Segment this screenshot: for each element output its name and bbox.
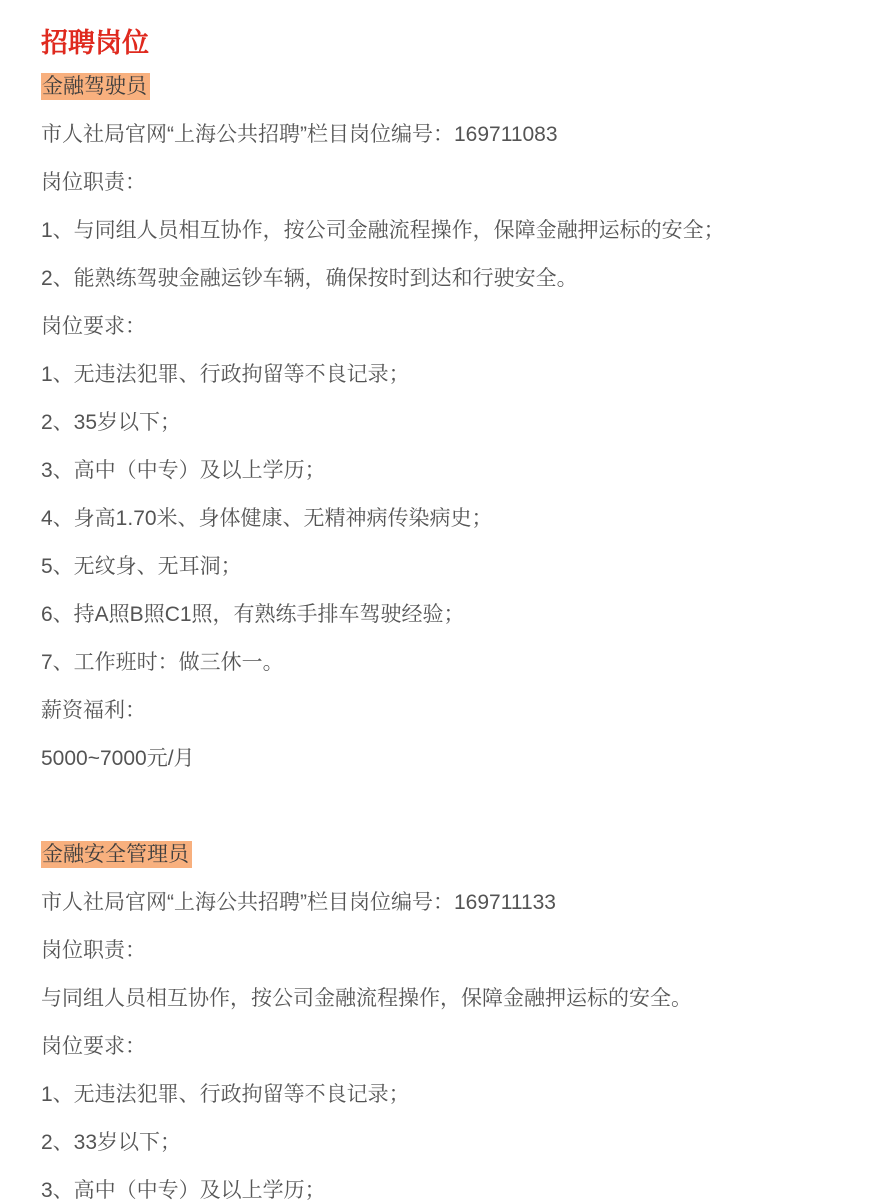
job-name-highlight: 金融安全管理员 xyxy=(41,841,192,868)
job-posting-document: { "page": { "title": "招聘岗位", "colors": {… xyxy=(0,0,896,1200)
list-item: 与同组人员相互协作，按公司金融流程操作，保障金融押运标的安全。 xyxy=(41,987,856,1010)
list-item: 7、工作班时：做三休一。 xyxy=(41,651,856,674)
section-heading-requirements: 岗位要求： xyxy=(41,315,856,338)
list-item: 2、33岁以下； xyxy=(41,1131,856,1154)
list-item: 1、无违法犯罪、行政拘留等不良记录； xyxy=(41,363,856,386)
list-item: 2、35岁以下； xyxy=(41,411,856,434)
job-name-highlight: 金融驾驶员 xyxy=(41,73,150,100)
section-heading-responsibilities: 岗位职责： xyxy=(41,939,856,962)
list-item: 5、无纹身、无耳洞； xyxy=(41,555,856,578)
job-name-row: 金融安全管理员 xyxy=(41,843,856,866)
section-heading-requirements: 岗位要求： xyxy=(41,1035,856,1058)
blank-line xyxy=(41,795,856,818)
salary-value: 5000~7000元/月 xyxy=(41,747,856,770)
job-name-row: 金融驾驶员 xyxy=(41,75,856,98)
page-title: 招聘岗位 xyxy=(41,28,856,58)
section-heading-responsibilities: 岗位职责： xyxy=(41,171,856,194)
job-code-line: 市人社局官网“上海公共招聘”栏目岗位编号：169711133 xyxy=(41,891,856,914)
list-item: 1、无违法犯罪、行政拘留等不良记录； xyxy=(41,1083,856,1106)
list-item: 1、与同组人员相互协作，按公司金融流程操作，保障金融押运标的安全； xyxy=(41,219,856,242)
list-item: 3、高中（中专）及以上学历； xyxy=(41,459,856,482)
section-heading-salary: 薪资福利： xyxy=(41,699,856,722)
list-item: 6、持A照B照C1照，有熟练手排车驾驶经验； xyxy=(41,603,856,626)
list-item: 3、高中（中专）及以上学历； xyxy=(41,1179,856,1200)
list-item: 4、身高1.70米、身体健康、无精神病传染病史； xyxy=(41,507,856,530)
list-item: 2、能熟练驾驶金融运钞车辆，确保按时到达和行驶安全。 xyxy=(41,267,856,290)
job-code-line: 市人社局官网“上海公共招聘”栏目岗位编号：169711083 xyxy=(41,123,856,146)
